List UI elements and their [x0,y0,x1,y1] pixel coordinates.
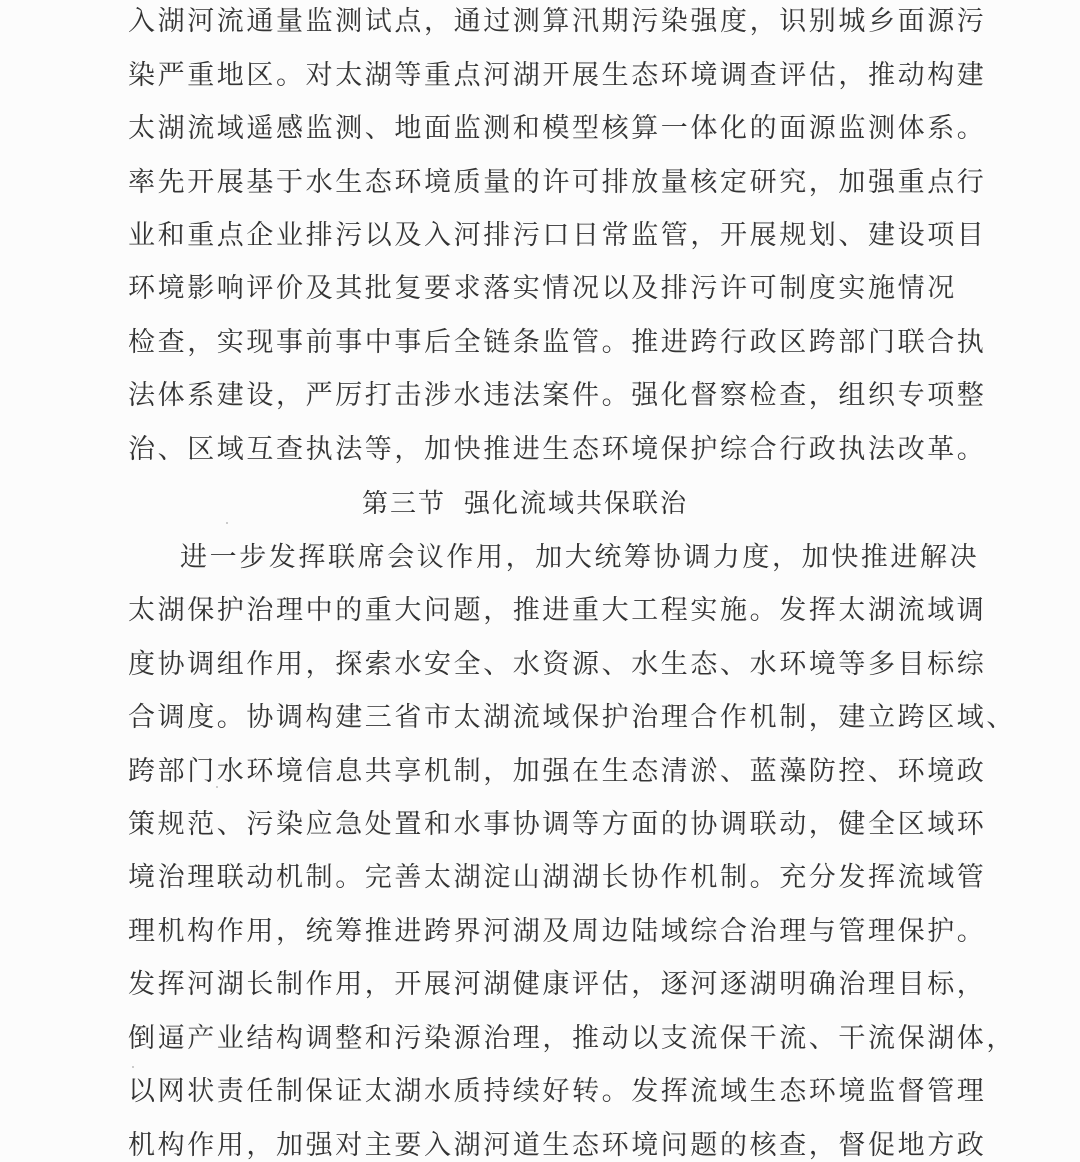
section-title: 强化流域共保联治 [464,489,688,519]
paragraph-line: 境治理联动机制。完善太湖淀山湖湖长协作机制。充分发挥流域管 [128,858,900,898]
paragraph-line: 以网状责任制保证太湖水质持续好转。发挥流域生态环境监督管理 [128,1072,900,1112]
paragraph-line: 理机构作用，统筹推进跨界河湖及周边陆域综合治理与管理保护。 [128,912,900,952]
scan-speck [226,522,228,524]
scan-speck [132,1066,134,1068]
paragraph-line: 合调度。协调构建三省市太湖流域保护治理合作机制，建立跨区域、 [128,698,900,738]
paragraph-line: 环境影响评价及其批复要求落实情况以及排污许可制度实施情况 [128,269,900,309]
paragraph-line: 治、区域互查执法等，加快推进生态环境保护综合行政执法改革。 [128,430,900,470]
document-page: 入湖河流通量监测试点，通过测算汛期污染强度，识别城乡面源污 染严重地区。对太湖等… [0,0,1080,1162]
paragraph-line: 发挥河湖长制作用，开展河湖健康评估，逐河逐湖明确治理目标， [128,965,900,1005]
paragraph-line: 太湖保护治理中的重大问题，推进重大工程实施。发挥太湖流域调 [128,591,900,631]
paragraph-line: 太湖流域遥感监测、地面监测和模型核算一体化的面源监测体系。 [128,109,900,149]
paragraph-line: 检查，实现事前事中事后全链条监管。推进跨行政区跨部门联合执 [128,323,900,363]
paragraph-line: 率先开展基于水生态环境质量的许可排放量核定研究，加强重点行 [128,163,900,203]
section-number: 第三节 [362,489,446,519]
scan-speck [216,786,218,788]
section-heading: 第三节强化流域共保联治 [0,484,1080,524]
paragraph-line: 业和重点企业排污以及入河排污口日常监管，开展规划、建设项目 [128,216,900,256]
paragraph-line: 策规范、污染应急处置和水事协调等方面的协调联动，健全区域环 [128,805,900,845]
paragraph-line-first: 进一步发挥联席会议作用，加大统筹协调力度，加快推进解决 [180,538,900,578]
paragraph-line: 入湖河流通量监测试点，通过测算汛期污染强度，识别城乡面源污 [128,2,900,42]
paragraph-line: 度协调组作用，探索水安全、水资源、水生态、水环境等多目标综 [128,645,900,685]
paragraph-line: 机构作用，加强对主要入湖河道生态环境问题的核查，督促地方政 [128,1126,900,1162]
paragraph-line: 倒逼产业结构调整和污染源治理，推动以支流保干流、干流保湖体， [128,1019,900,1059]
paragraph-line: 法体系建设，严厉打击涉水违法案件。强化督察检查，组织专项整 [128,376,900,416]
paragraph-line: 染严重地区。对太湖等重点河湖开展生态环境调查评估，推动构建 [128,56,900,96]
paragraph-line: 跨部门水环境信息共享机制，加强在生态清淤、蓝藻防控、环境政 [128,752,900,792]
